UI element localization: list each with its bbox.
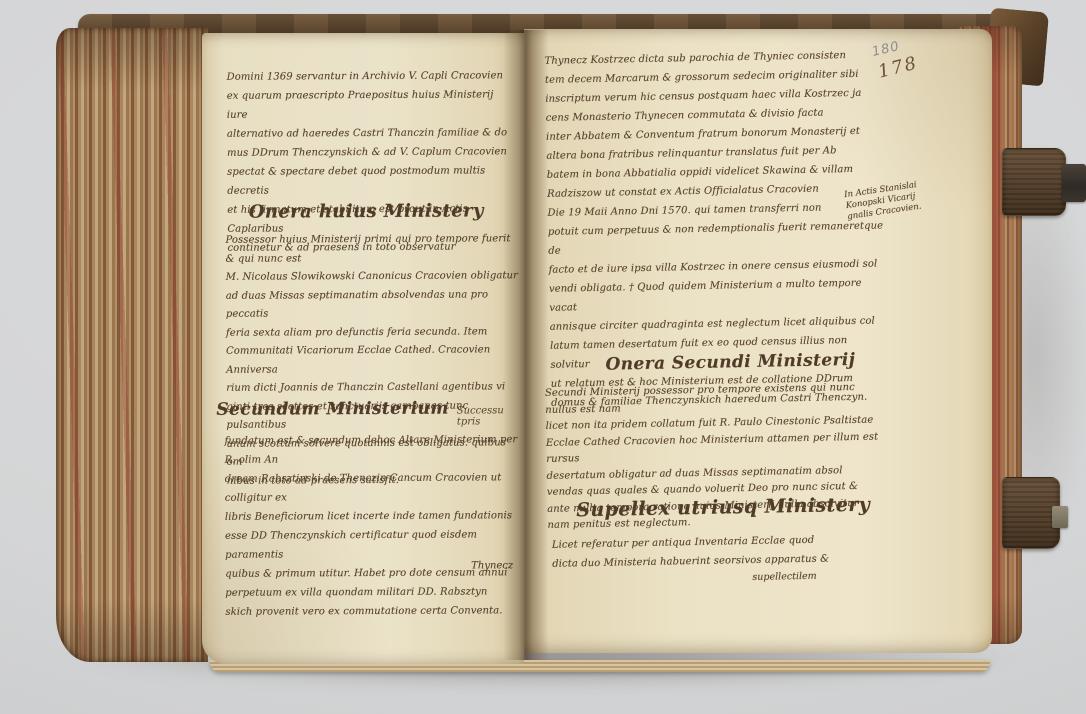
top-clasp-metal-hook (1062, 164, 1086, 202)
right-page: Thynecz Kostrzec dicta sub parochia de T… (524, 29, 992, 653)
right-catchword: supellectilem (694, 570, 874, 584)
gutter-shadow (503, 30, 549, 660)
top-leather-clasp (1002, 148, 1066, 216)
left-catchword: Thynecz (353, 560, 513, 572)
faint-pencil-marks (138, 40, 184, 52)
left-page-text-area: Domini 1369 servantur in Archivio V. Cap… (200, 32, 525, 665)
heading-secundum-ministerium-row: Secundum Ministerium Successu tpris (216, 398, 516, 429)
left-page: Domini 1369 servantur in Archivio V. Cap… (202, 33, 524, 664)
left-page-edge-stack (56, 28, 208, 662)
heading-secundum-ministerium: Secundum Ministerium (216, 399, 449, 420)
bottom-clasp-metal-fitting (1052, 506, 1068, 528)
photo-of-open-manuscript-book: Domini 1369 servantur in Archivio V. Cap… (0, 0, 1086, 714)
right-page-text-area: Thynecz Kostrzec dicta sub parochia de T… (524, 27, 1004, 660)
heading-onera-huius-ministery: Onera huius Ministery (231, 200, 501, 222)
left-paragraph-1: Domini 1369 servantur in Archivio V. Cap… (227, 66, 518, 258)
left-paragraph-3: fundatum est & secundum dehoc Altare Min… (224, 430, 521, 622)
right-paragraph-3: Licet referatur per antiqua Inventaria E… (552, 529, 883, 573)
